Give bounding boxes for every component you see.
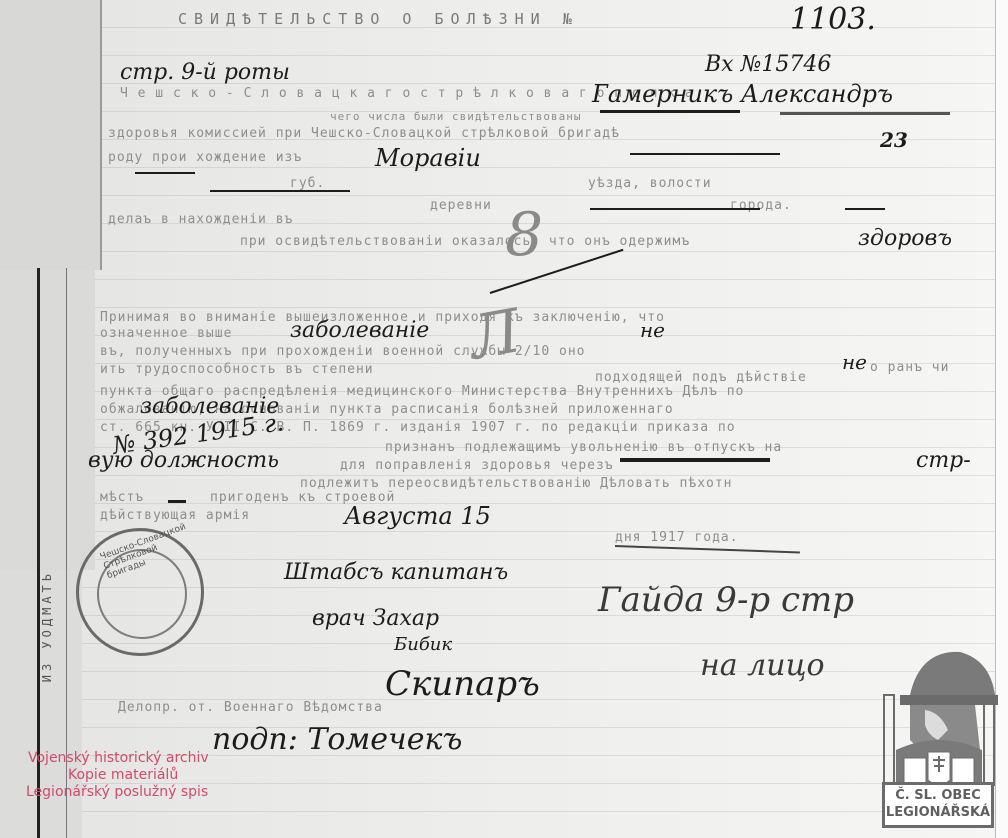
archive-stamp-line1: Vojenský historický archiv — [28, 750, 209, 767]
printed-line: дѣйствующая армiя — [100, 508, 250, 523]
legion-logo: Č. SL. OBEC LEGIONÁŘSKÁ — [880, 640, 998, 828]
printed-line: делаъ в нахожденiи въ — [108, 212, 293, 227]
printed-line: при освидѣтельствованiи оказалось, что о… — [240, 234, 690, 249]
folded-stub-top — [0, 0, 102, 270]
handwritten-company: стр. 9-й роты — [120, 60, 290, 85]
signature-skipar: Скипаръ — [385, 664, 540, 704]
printed-line: означенное выше — [100, 326, 232, 341]
handwritten-duty: вую должность — [88, 448, 279, 473]
underline — [600, 110, 740, 113]
handwritten-origin: Моравiи — [375, 144, 481, 172]
pencil-mark: 8 — [505, 200, 543, 270]
certificate-number: 1103. — [790, 2, 876, 37]
soldier-helmet-icon — [880, 640, 998, 790]
note-present: на лицо — [700, 648, 825, 683]
printed-line: Делопр. от. Военнаго Вѣдомства — [118, 700, 383, 715]
printed-line: губ. — [290, 176, 325, 191]
handwritten-illness-1: заболеванiе — [290, 318, 429, 343]
signature-doctor-b: Бибик — [394, 634, 452, 655]
printed-line: дня 1917 года. — [615, 530, 739, 545]
archive-stamp-line3: Legionářský posluž­ný spis — [26, 784, 208, 801]
handwritten-duty-right: стр- — [916, 448, 971, 473]
printed-line: признанъ подлежащимъ увольненiю въ отпус… — [385, 440, 782, 455]
underline — [780, 112, 950, 115]
reference-number: Вх №15746 — [705, 52, 831, 77]
archive-stamp-line2: Kopie materiálů — [68, 767, 178, 784]
printed-line: роду прои хождение изъ — [108, 150, 302, 165]
underline — [845, 208, 885, 210]
underline — [135, 172, 195, 174]
document-scan: СВИДѢТЕЛЬСТВО О БОЛѢЗНИ № 1103. Вх №1574… — [0, 0, 1008, 838]
printed-line: о ранъ чи — [870, 360, 949, 375]
handwritten-diagnosis: здоровъ — [858, 226, 952, 251]
printed-line: уѣзда, волости — [588, 176, 712, 191]
dash — [168, 500, 186, 503]
logo-plate: Č. SL. OBEC LEGIONÁŘSKÁ — [882, 782, 994, 828]
logo-text-line2: LEGIONÁŘSKÁ — [885, 804, 991, 821]
printed-line: ить трудоспособность въ степени — [100, 362, 374, 377]
handwritten-negation-1: не — [640, 318, 665, 342]
printed-line: мѣстъ — [100, 490, 144, 505]
printed-line: здоровья комиссией при Чешско-Словацкой … — [108, 126, 620, 141]
printed-line: для поправленiя здоровья черезъ — [340, 458, 614, 473]
printed-line: деревни — [430, 198, 492, 213]
printed-line: подлежитъ переосвидѣтельствованiю Дѣлова… — [300, 476, 733, 491]
underline — [210, 190, 350, 192]
handwritten-age: 23 — [880, 128, 908, 152]
handwritten-negation-2: не — [842, 350, 867, 374]
signature-tomecek: подп: Томечекъ — [212, 722, 462, 757]
printed-line: чего числа были свидѣтельствованы — [330, 110, 582, 123]
underline — [590, 208, 760, 210]
margin-vertical-label: ИЗ УОДМАТЬ — [40, 570, 54, 682]
handwritten-name: Гамерникъ Александръ — [592, 80, 893, 108]
handwritten-staff-captain: Штабсъ капитанъ — [284, 560, 508, 585]
strike-line — [620, 458, 770, 462]
logo-text-line1: Č. SL. OBEC — [885, 787, 991, 804]
pencil-initials: Л — [464, 296, 525, 374]
handwritten-date: Августа 15 — [344, 502, 491, 530]
signature-doctor: врач Захар — [312, 606, 439, 631]
underline — [630, 153, 780, 155]
note-gajda: Гайда 9-р стр — [598, 580, 854, 620]
page-title: СВИДѢТЕЛЬСТВО О БОЛѢЗНИ № — [178, 10, 579, 28]
folded-stub-mid — [0, 270, 95, 570]
printed-line: города. — [730, 198, 792, 213]
official-seal: Чешско-Словацкой Стрѣлковой бригады — [76, 528, 204, 656]
printed-line: подходящей подъ дѣйствiе — [595, 370, 807, 385]
gajda-stroke — [615, 545, 800, 553]
